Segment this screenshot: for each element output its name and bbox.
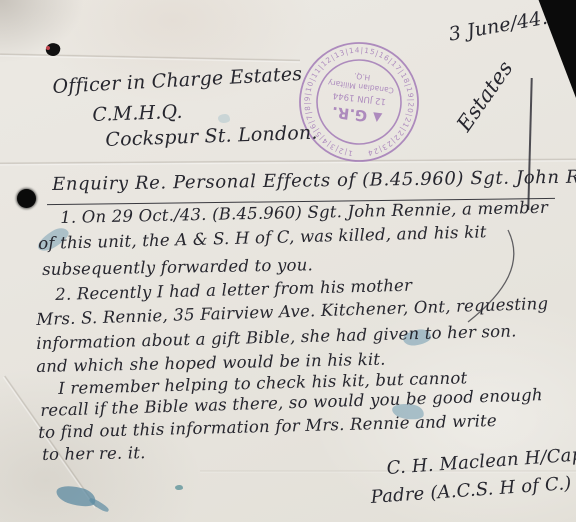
blue-ink-smudge	[218, 114, 230, 123]
red-speck	[46, 46, 50, 50]
stamp-royal-cipher: G.R.	[331, 103, 368, 125]
stamp-graphic: 1|2|3|4|5|6|7|8|9|10|11|12|13|14|15|16|1…	[290, 33, 428, 171]
stamp-unit-line2: H.Q.	[353, 71, 370, 82]
receipt-stamp: 1|2|3|4|5|6|7|8|9|10|11|12|13|14|15|16|1…	[290, 33, 428, 171]
blue-ink-smudge	[175, 485, 183, 490]
body-line: to her re. it.	[42, 443, 146, 464]
hole-punch	[17, 189, 36, 208]
pen-flourish	[440, 228, 540, 328]
scanned-letter: 1|2|3|4|5|6|7|8|9|10|11|12|13|14|15|16|1…	[0, 0, 576, 522]
recipient-line2: C.M.H.Q.	[92, 101, 183, 126]
broad-arrow-icon: ▲	[371, 111, 383, 126]
